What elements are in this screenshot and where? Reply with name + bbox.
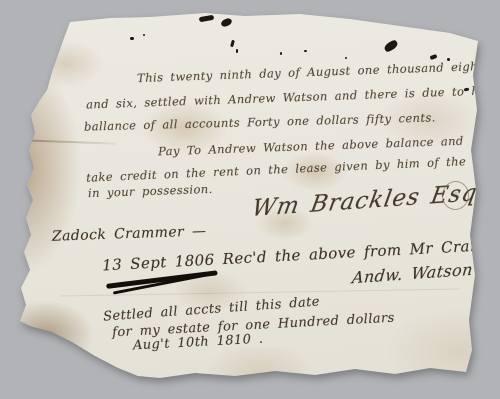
ink-speck: [430, 54, 438, 60]
body-line-4: Pay To Andrew Watson the above balance a…: [158, 134, 464, 159]
fold-crease-left: [24, 139, 116, 144]
ink-blot: [199, 15, 215, 23]
body-line-6: in your possession.: [88, 182, 213, 200]
paper-shadow: This twenty ninth day of August one thou…: [0, 0, 500, 399]
ink-speck: [447, 58, 450, 61]
body-line-1: This twenty ninth day of August one thou…: [137, 57, 500, 85]
addressee-name: Zadock Crammer —: [52, 223, 207, 244]
ink-blot: [383, 39, 399, 53]
strike-stroke-1: [106, 270, 218, 289]
ink-speck: [230, 40, 235, 48]
ink-speck: [304, 50, 307, 52]
ink-blot: [220, 17, 233, 28]
body-line-2: and six, settled with Andrew Watson and …: [86, 82, 500, 111]
ink-speck: [130, 37, 134, 40]
ink-speck: [280, 52, 282, 55]
body-line-3: ballance of all accounts Forty one dolla…: [84, 110, 436, 133]
ink-speck: [345, 57, 347, 59]
torn-paper-sheet: This twenty ninth day of August one thou…: [0, 0, 500, 399]
body-line-5: take credit on the rent on the lease giv…: [86, 151, 500, 184]
manuscript-photo: This twenty ninth day of August one thou…: [0, 0, 500, 399]
ink-speck: [143, 34, 145, 36]
signature-andw-watson: Andw. Watson: [351, 260, 474, 288]
ink-speck: [236, 49, 238, 53]
